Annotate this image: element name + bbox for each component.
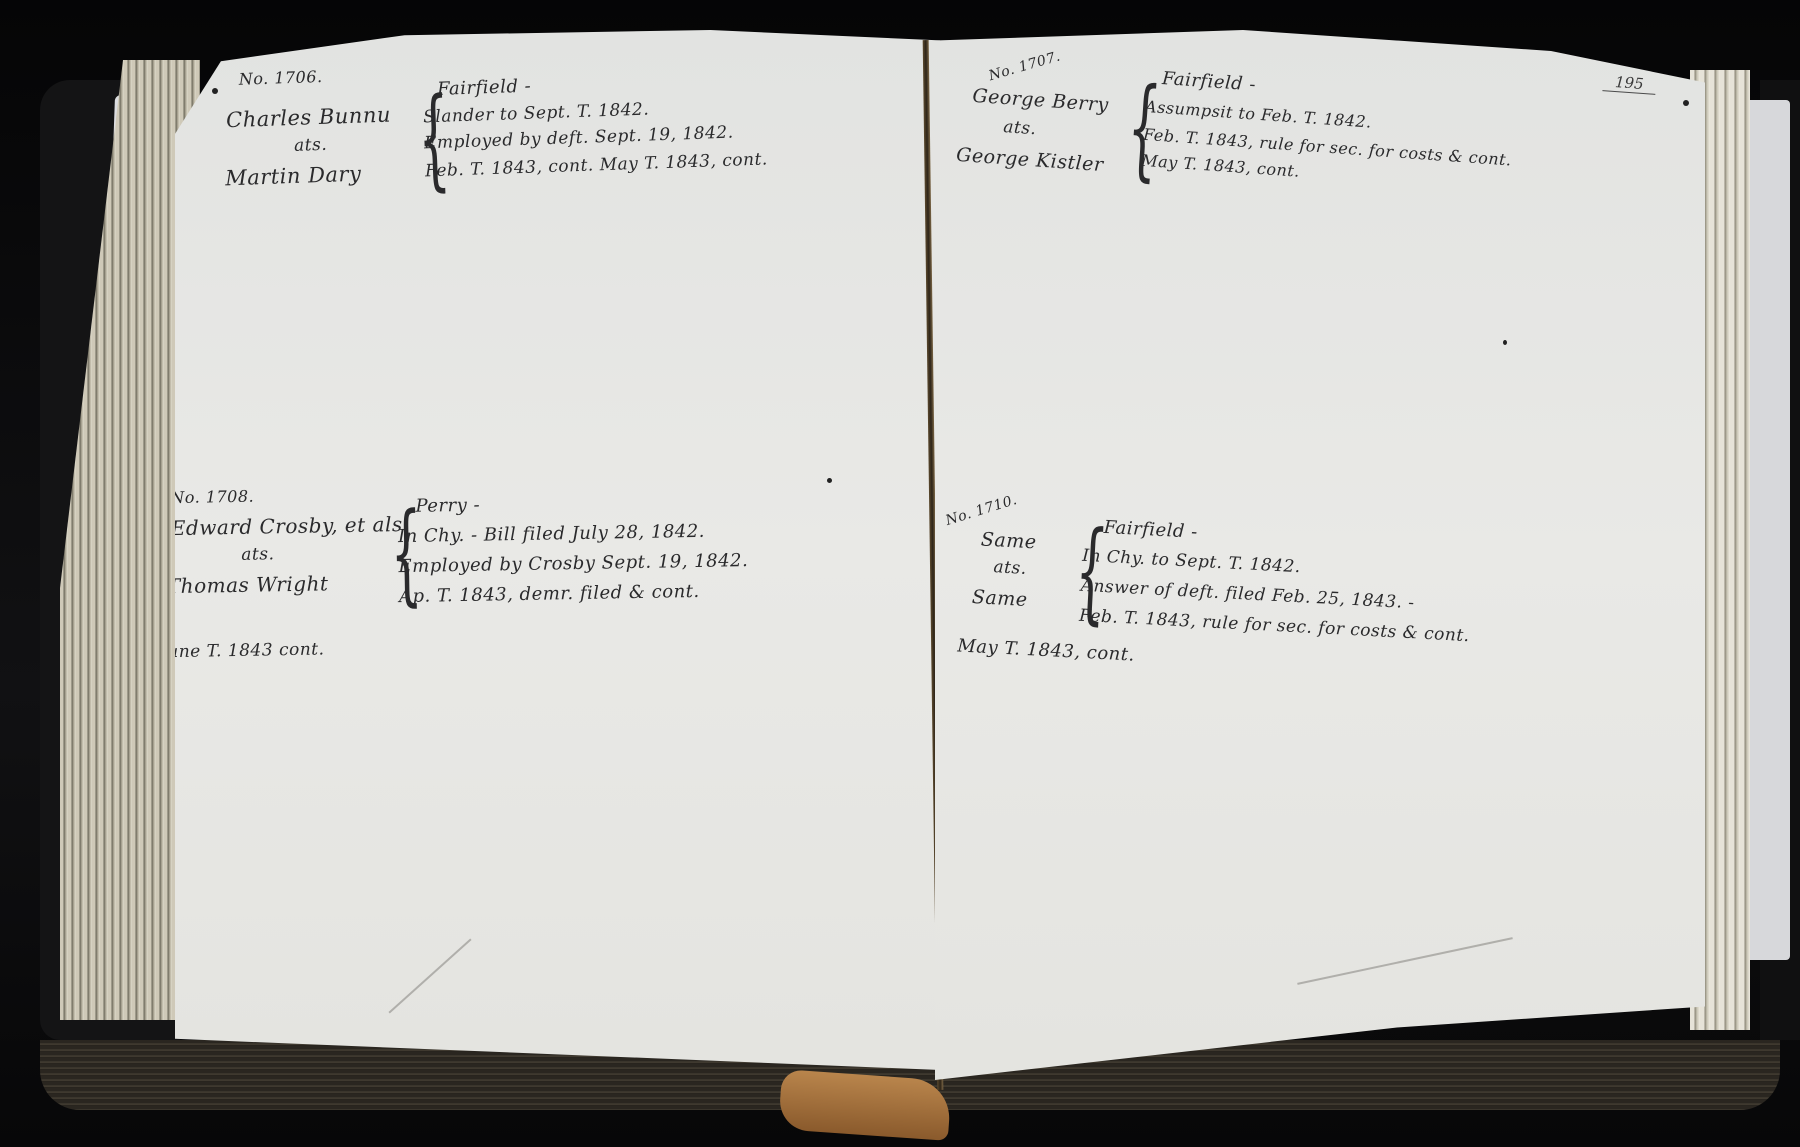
- entry-note: May T. 1843, cont.: [1141, 151, 1301, 181]
- entry-number: No. 1710.: [944, 492, 1019, 529]
- entry-note: Slander to Sept. T. 1842.: [423, 100, 650, 128]
- entry-number: No. 1706.: [238, 67, 322, 89]
- entry-note: Feb. T. 1843, cont. May T. 1843, cont.: [425, 149, 768, 181]
- entry-note: Employed by Crosby Sept. 19, 1842.: [398, 550, 748, 577]
- entry-number: No. 1708.: [170, 487, 254, 507]
- defendant-name: Thomas Wright: [167, 571, 329, 598]
- ink-spot: [827, 478, 832, 483]
- versus-label: ats.: [993, 557, 1027, 579]
- plaintiff-name: Same: [980, 528, 1037, 553]
- plaintiff-name: Charles Bunnu: [226, 103, 392, 133]
- left-page: No. 1706. Charles Bunnu ats. Martin Dary…: [175, 30, 940, 1070]
- versus-label: ats.: [1003, 117, 1037, 139]
- entry-number: No. 1707.: [987, 48, 1062, 84]
- defendant-name: George Kistler: [956, 144, 1105, 176]
- entry-trailing-note: June T. 1843 cont.: [160, 639, 325, 662]
- right-page: 195 No. 1707. George Berry ats. George K…: [935, 30, 1705, 1080]
- page-scuff-mark: [1297, 937, 1513, 985]
- versus-label: ats.: [241, 544, 274, 565]
- page-scuff-mark: [388, 938, 471, 1013]
- defendant-name: Same: [971, 586, 1028, 611]
- plaintiff-name: George Berry: [972, 85, 1110, 116]
- versus-label: ats.: [294, 135, 328, 156]
- ink-spot: [1503, 340, 1507, 345]
- page-number: 195: [1602, 72, 1656, 95]
- ink-mark: [1683, 100, 1689, 106]
- entry-note: Ap. T. 1843, demr. filed & cont.: [399, 581, 700, 607]
- entry-note: Perry -: [415, 495, 480, 517]
- entry-trailing-note: May T. 1843, cont.: [957, 635, 1135, 665]
- ink-mark: [212, 88, 218, 94]
- entry-note: In Chy. - Bill filed July 28, 1842.: [398, 521, 705, 547]
- entry-note: Fairfield -: [437, 76, 532, 100]
- entry-note: In Chy. to Sept. T. 1842.: [1082, 546, 1301, 577]
- entry-note: Employed by deft. Sept. 19, 1842.: [424, 123, 734, 154]
- entry-note: Fairfield -: [1161, 68, 1256, 96]
- defendant-name: Martin Dary: [225, 162, 362, 191]
- entry-note: Fairfield -: [1103, 517, 1198, 543]
- plaintiff-name: Edward Crosby, et als.: [171, 512, 410, 540]
